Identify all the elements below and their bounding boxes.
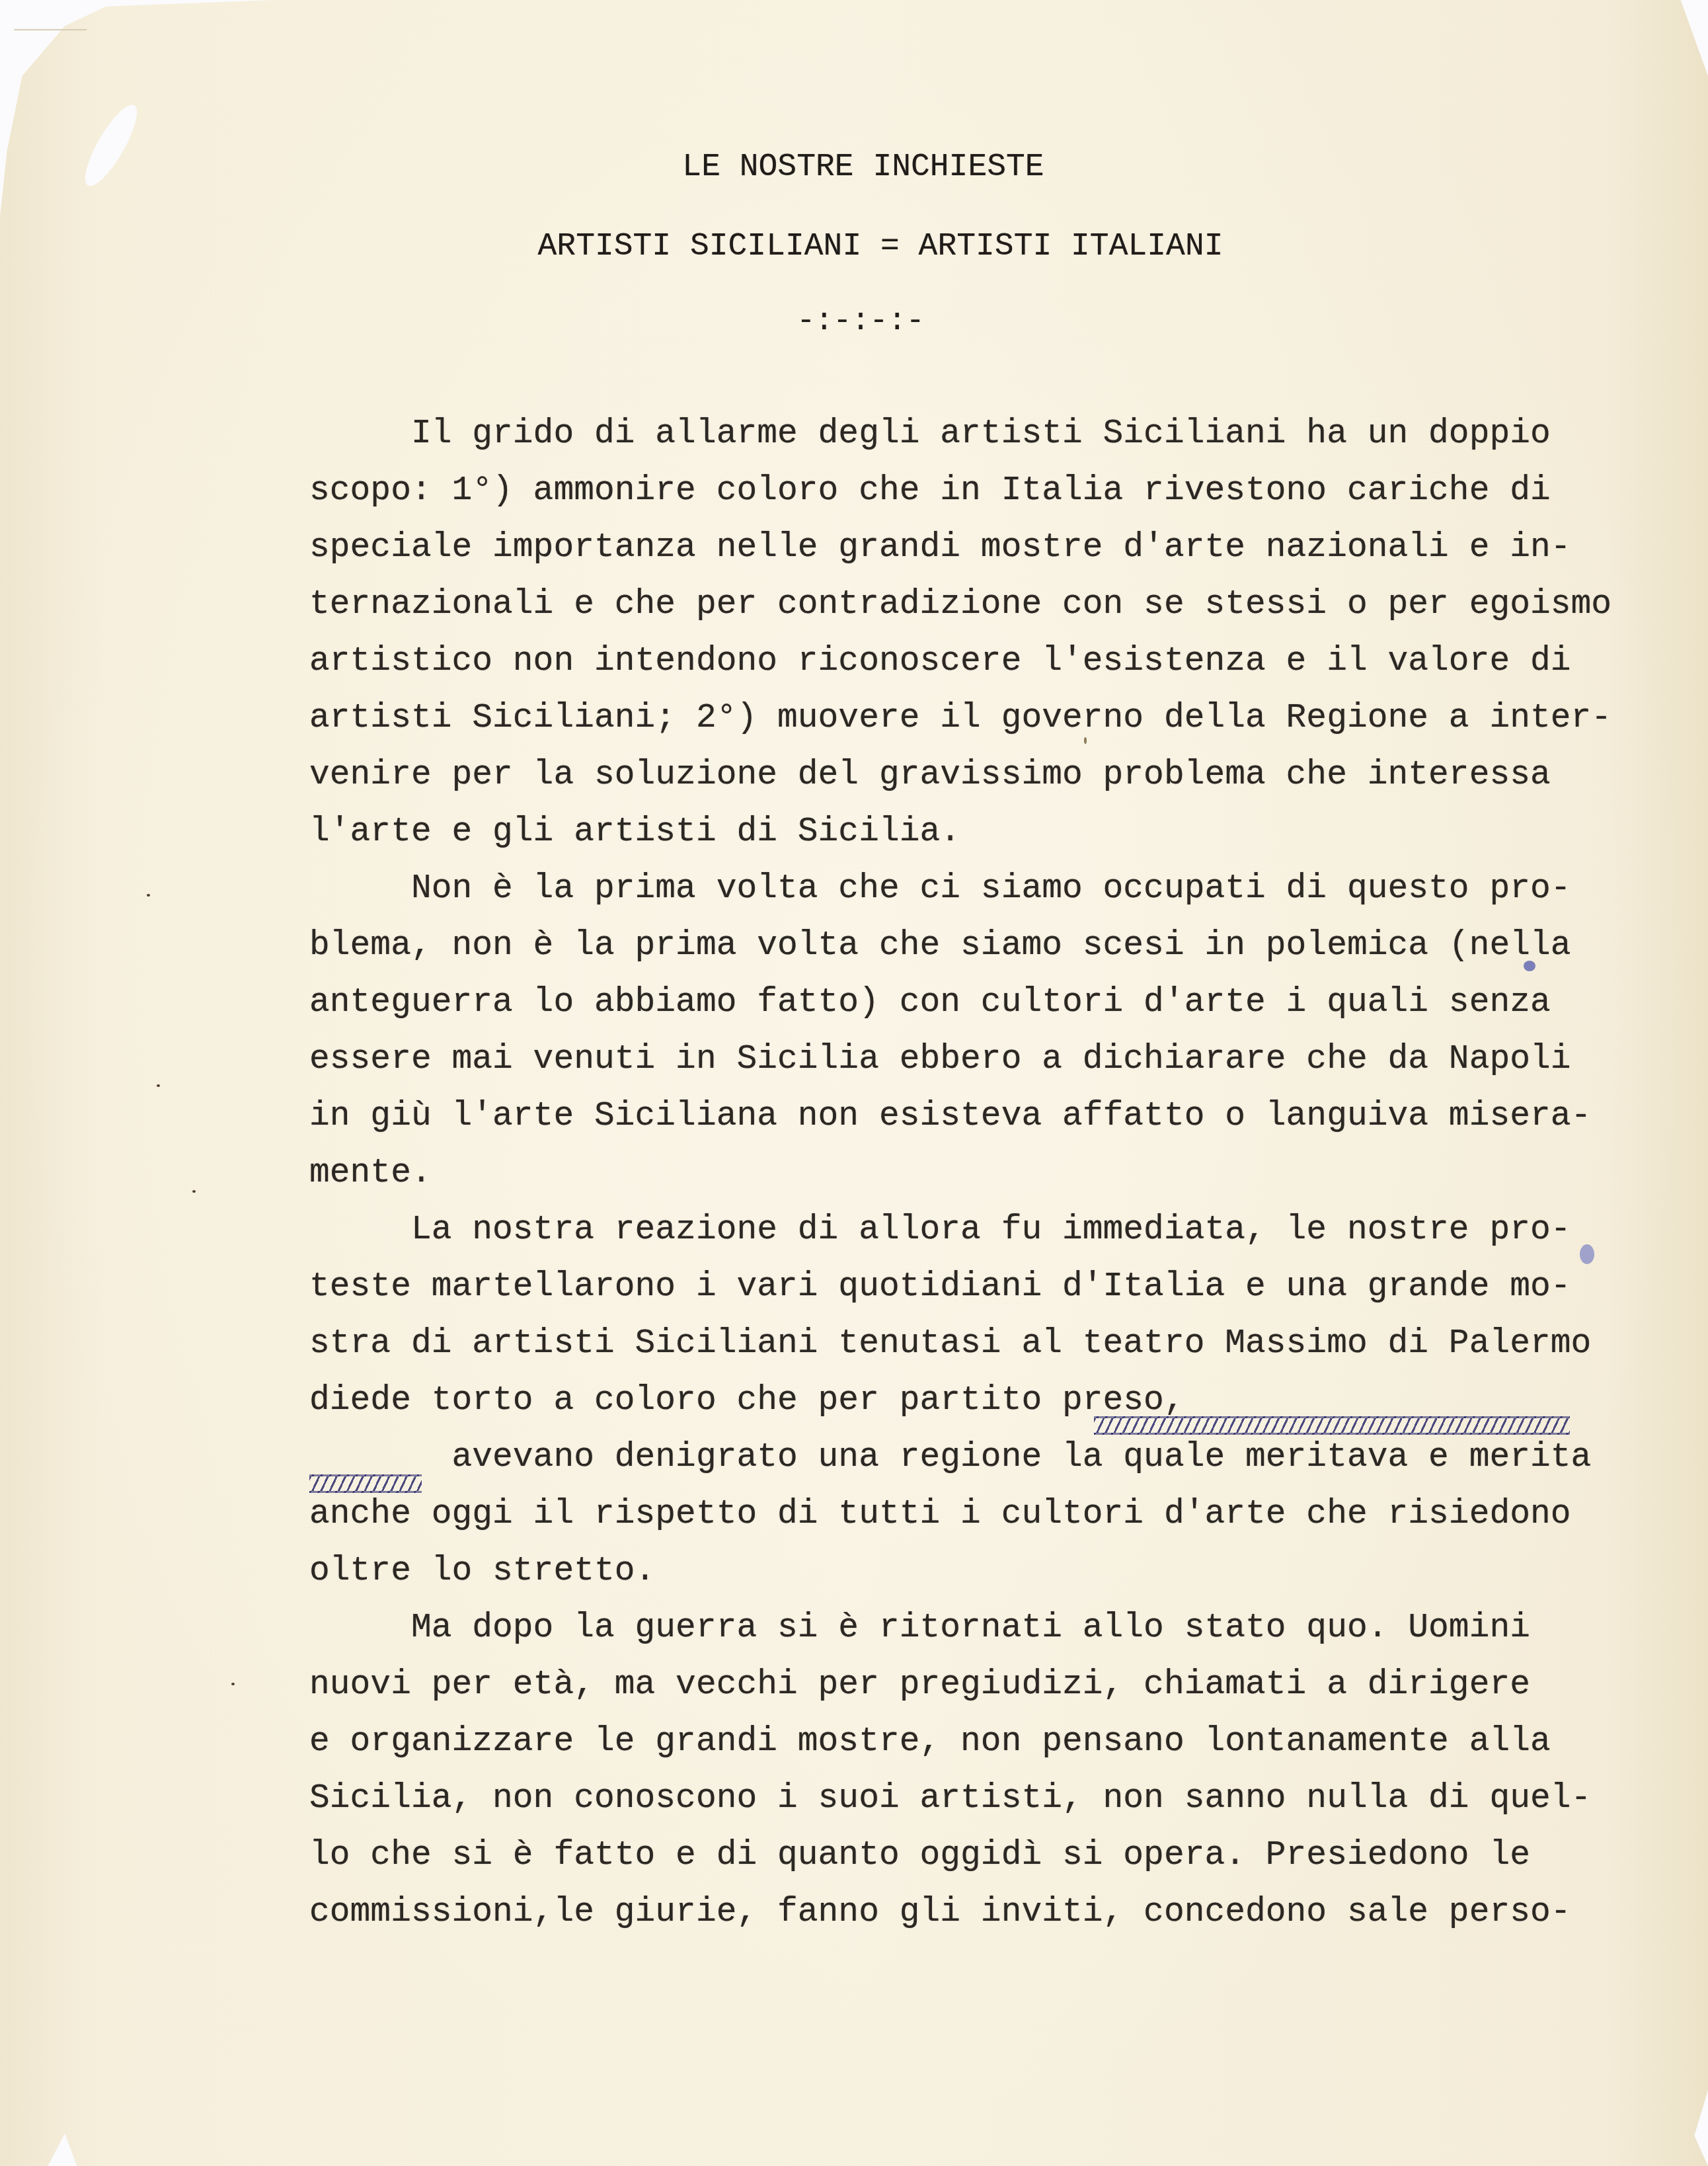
text-line: speciale importanza nelle grandi mostre …: [309, 519, 1611, 576]
ink-correction-mark: [1580, 1244, 1594, 1264]
text-line: avevano denigrato una regione la quale m…: [309, 1429, 1611, 1486]
text-line: Non è la prima volta che ci siamo occupa…: [309, 860, 1611, 917]
ink-correction-mark: [1524, 961, 1535, 971]
text-line: stra di artisti Siciliani tenutasi al te…: [309, 1315, 1611, 1372]
text-line: La nostra reazione di allora fu immediat…: [309, 1201, 1611, 1258]
section-ornament: -:-:-:-: [0, 304, 1708, 339]
text-line: blema, non è la prima volta che siamo sc…: [309, 917, 1611, 974]
ink-strikethrough: [309, 1474, 422, 1493]
document-body: Il grido di allarme degli artisti Sicili…: [309, 405, 1611, 1941]
text-line: Il grido di allarme degli artisti Sicili…: [309, 405, 1611, 462]
text-line: Ma dopo la guerra si è ritornati allo st…: [309, 1599, 1611, 1656]
text-line: l'arte e gli artisti di Sicilia.: [309, 803, 1611, 860]
text-line: scopo: 1°) ammonire coloro che in Italia…: [309, 462, 1611, 519]
paper-speck: [192, 1190, 196, 1193]
paper-speck: [1084, 737, 1087, 744]
text-line: essere mai venuti in Sicilia ebbero a di…: [309, 1031, 1611, 1088]
text-line: ternazionali e che per contradizione con…: [309, 576, 1611, 633]
text-line: in giù l'arte Siciliana non esisteva aff…: [309, 1088, 1611, 1144]
text-line: artistico non intendono riconoscere l'es…: [309, 633, 1611, 690]
text-line: mente.: [309, 1144, 1611, 1201]
text-line: artisti Siciliani; 2°) muovere il govern…: [309, 690, 1611, 746]
text-line: venire per la soluzione del gravissimo p…: [309, 746, 1611, 803]
text-line: anteguerra lo abbiamo fatto) con cultori…: [309, 974, 1611, 1031]
paper-speck: [231, 1683, 235, 1685]
text-line: teste martellarono i vari quotidiani d'I…: [309, 1258, 1611, 1315]
paper-speck: [147, 894, 150, 897]
text-line: commissioni,le giurie, fanno gli inviti,…: [309, 1884, 1611, 1941]
document-heading: LE NOSTRE INCHIESTE: [0, 149, 1708, 185]
text-line: oltre lo stretto.: [309, 1543, 1611, 1599]
text-line: Sicilia, non conoscono i suoi artisti, n…: [309, 1770, 1611, 1827]
text-line: anche oggi il rispetto di tutti i cultor…: [309, 1486, 1611, 1543]
document-subtitle: ARTISTI SICILIANI = ARTISTI ITALIANI: [0, 229, 1708, 264]
ink-strikethrough: [1094, 1416, 1570, 1435]
text-line: nuovi per età, ma vecchi per pregiudizi,…: [309, 1656, 1611, 1713]
text-line: lo che si è fatto e di quanto oggidì si …: [309, 1827, 1611, 1884]
paper-speck: [157, 1084, 160, 1087]
text-line: e organizzare le grandi mostre, non pens…: [309, 1713, 1611, 1770]
